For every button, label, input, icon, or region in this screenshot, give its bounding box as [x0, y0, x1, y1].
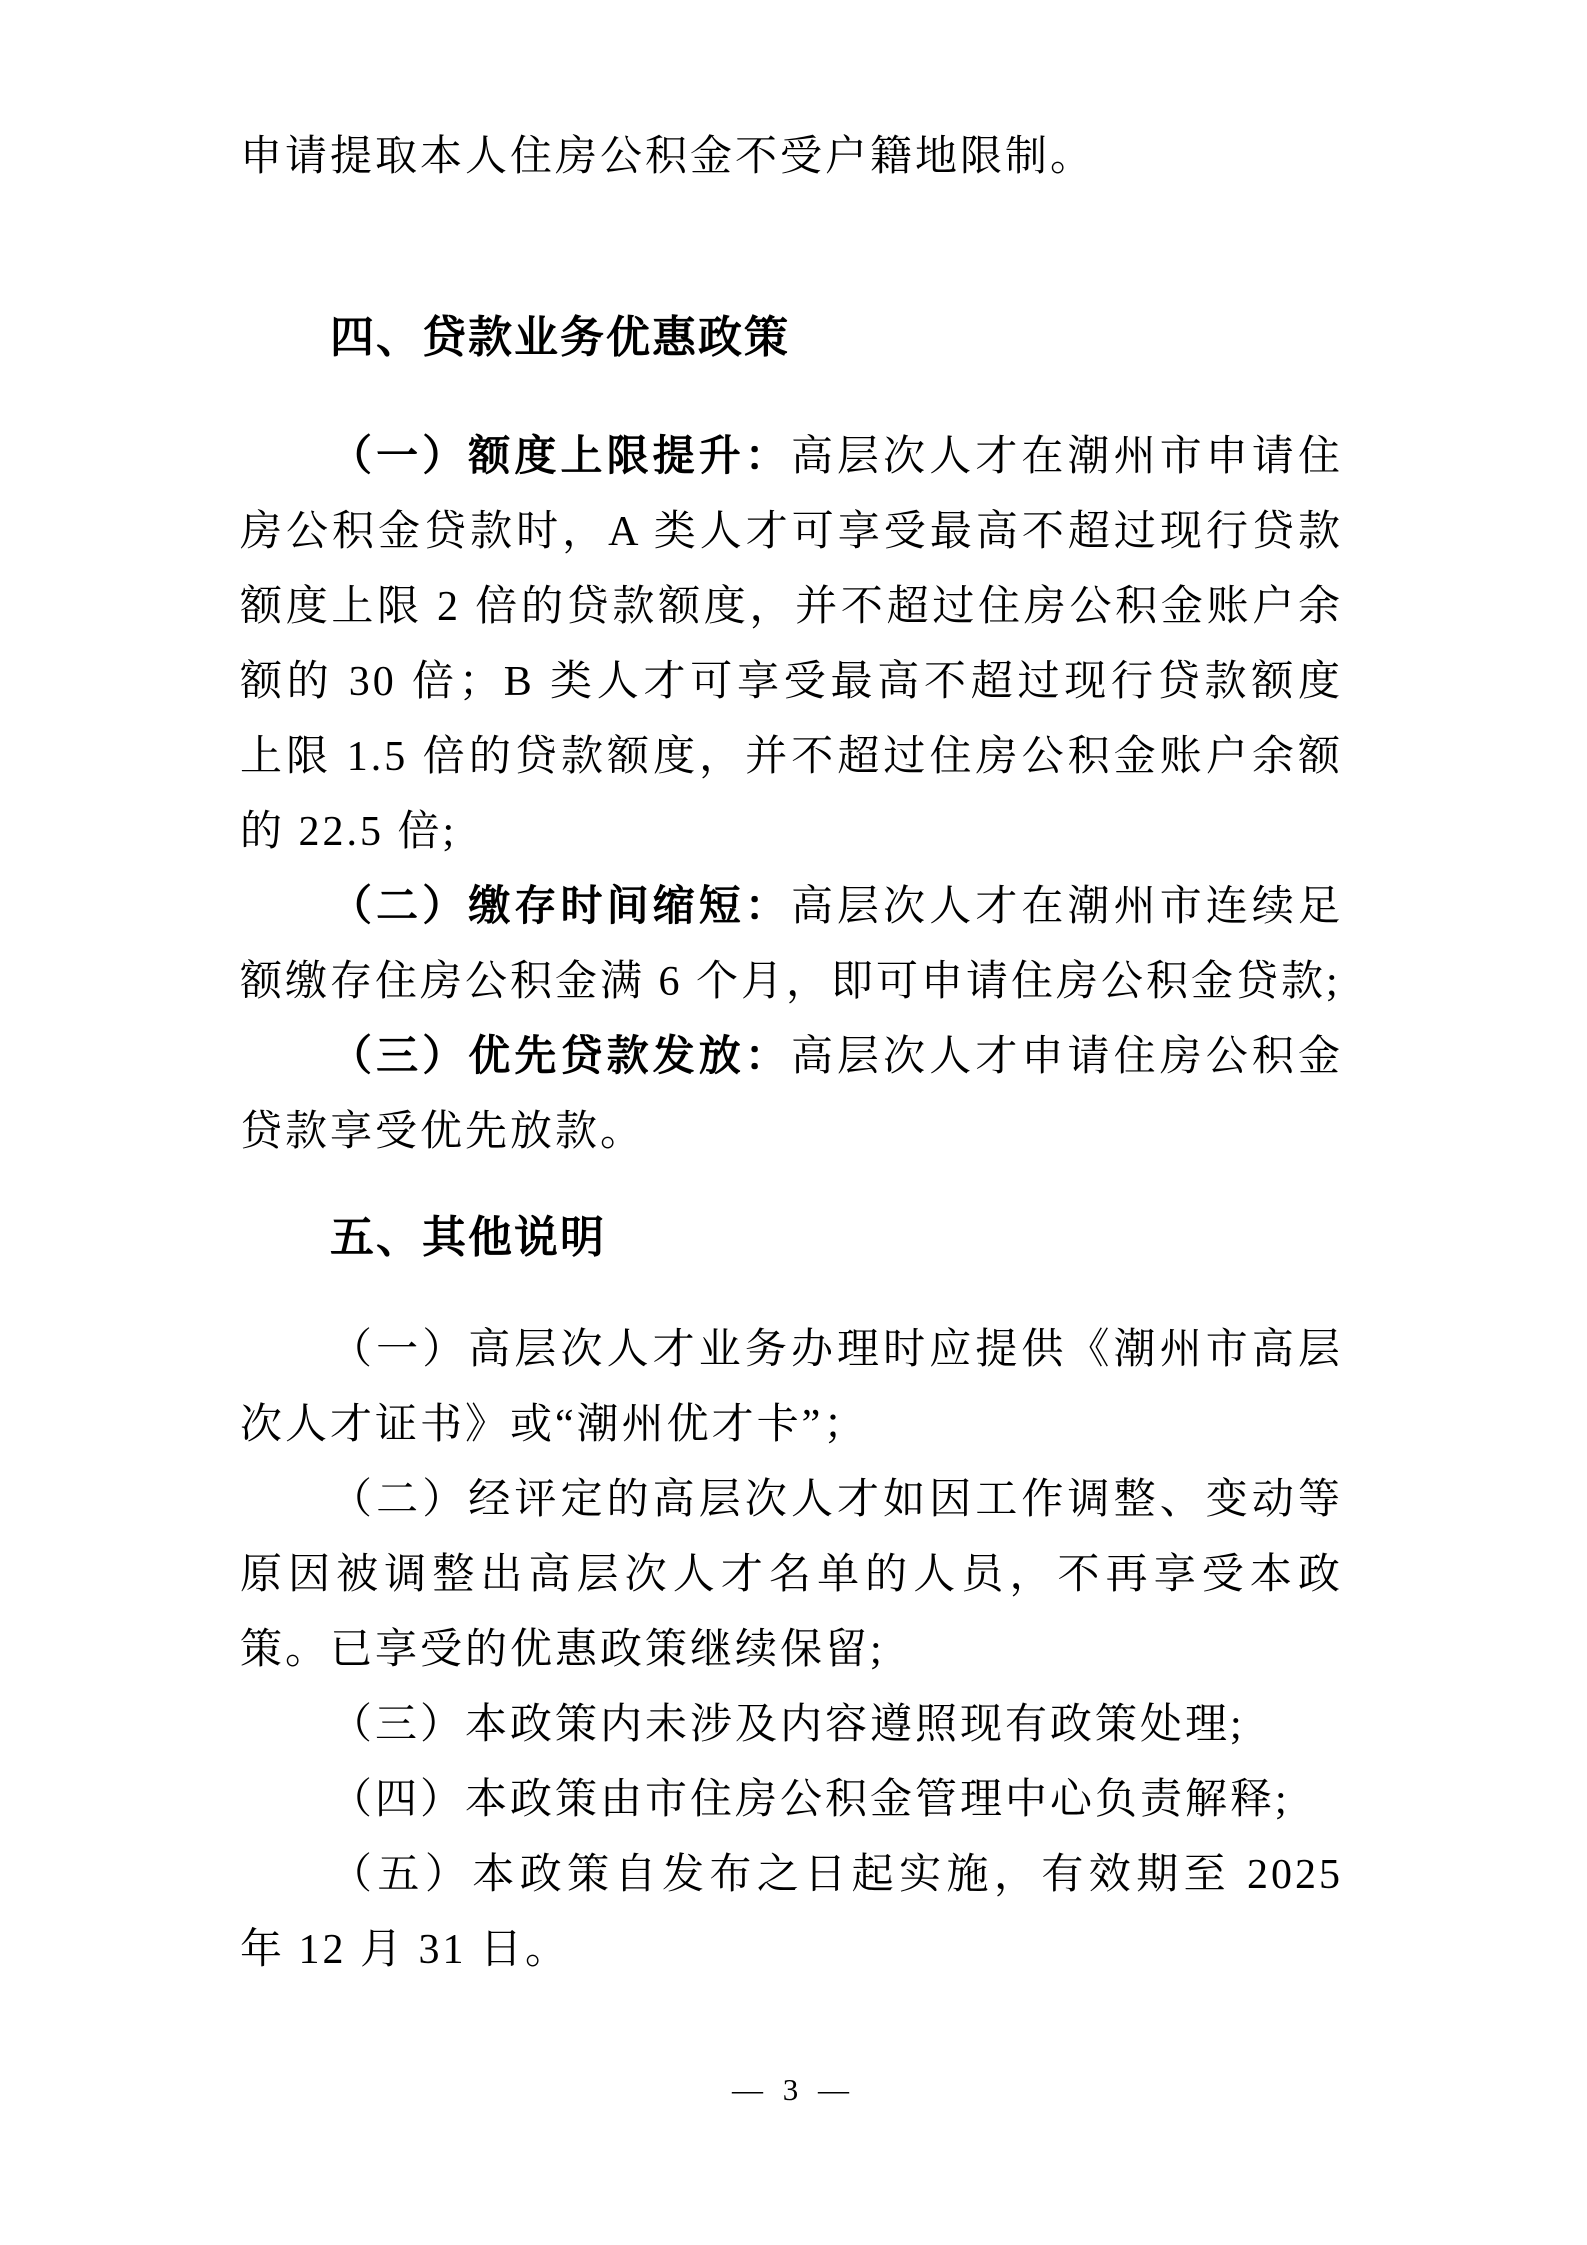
text-run: 高层次人才在潮州市申请住房公积金贷款时，A 类人才可享受最高不超过现行贷款额度上… [240, 434, 1343, 855]
text-run: 申请提取本人住房公积金不受户籍地限制。 [240, 134, 1095, 180]
text-run: （四）本政策由市住房公积金管理中心负责解释; [330, 1777, 1290, 1823]
paragraph-4-3: （三）优先贷款发放：高层次人才申请住房公积金贷款享受优先放款。 [240, 1020, 1343, 1170]
bold-text-run: （二）缴存时间缩短： [330, 884, 791, 930]
text-run: （三）本政策内未涉及内容遵照现有政策处理; [330, 1702, 1245, 1748]
bold-text-run: （三）优先贷款发放： [330, 1034, 791, 1080]
bold-text-run: （一）额度上限提升： [330, 434, 791, 480]
bold-text-run: 四、贷款业务优惠政策 [330, 313, 790, 362]
document-content: 申请提取本人住房公积金不受户籍地限制。四、贷款业务优惠政策（一）额度上限提升：高… [240, 120, 1343, 1988]
paragraph-continuation: 申请提取本人住房公积金不受户籍地限制。 [240, 120, 1343, 195]
text-run: （一）高层次人才业务办理时应提供《潮州市高层次人才证书》或“潮州优才卡”； [240, 1327, 1343, 1448]
paragraph-4-2: （二）缴存时间缩短：高层次人才在潮州市连续足额缴存住房公积金满 6 个月，即可申… [240, 870, 1343, 1020]
paragraph-5-2: （二）经评定的高层次人才如因工作调整、变动等原因被调整出高层次人才名单的人员，不… [240, 1463, 1343, 1688]
paragraph-5-1: （一）高层次人才业务办理时应提供《潮州市高层次人才证书》或“潮州优才卡”； [240, 1313, 1343, 1463]
bold-text-run: 五、其他说明 [330, 1213, 606, 1262]
paragraph-4-1: （一）额度上限提升：高层次人才在潮州市申请住房公积金贷款时，A 类人才可享受最高… [240, 420, 1343, 870]
section-heading-5: 五、其他说明 [240, 1200, 1343, 1275]
paragraph-5-5: （五）本政策自发布之日起实施，有效期至 2025 年 12 月 31 日。 [240, 1838, 1343, 1988]
page-number: — 3 — [0, 2072, 1587, 2108]
paragraph-5-4: （四）本政策由市住房公积金管理中心负责解释; [240, 1763, 1343, 1838]
document-page: 申请提取本人住房公积金不受户籍地限制。四、贷款业务优惠政策（一）额度上限提升：高… [0, 0, 1587, 2245]
paragraph-5-3: （三）本政策内未涉及内容遵照现有政策处理; [240, 1688, 1343, 1763]
text-run: （五）本政策自发布之日起实施，有效期至 2025 年 12 月 31 日。 [240, 1852, 1343, 1973]
section-heading-4: 四、贷款业务优惠政策 [240, 300, 1343, 375]
text-run: （二）经评定的高层次人才如因工作调整、变动等原因被调整出高层次人才名单的人员，不… [240, 1477, 1343, 1673]
